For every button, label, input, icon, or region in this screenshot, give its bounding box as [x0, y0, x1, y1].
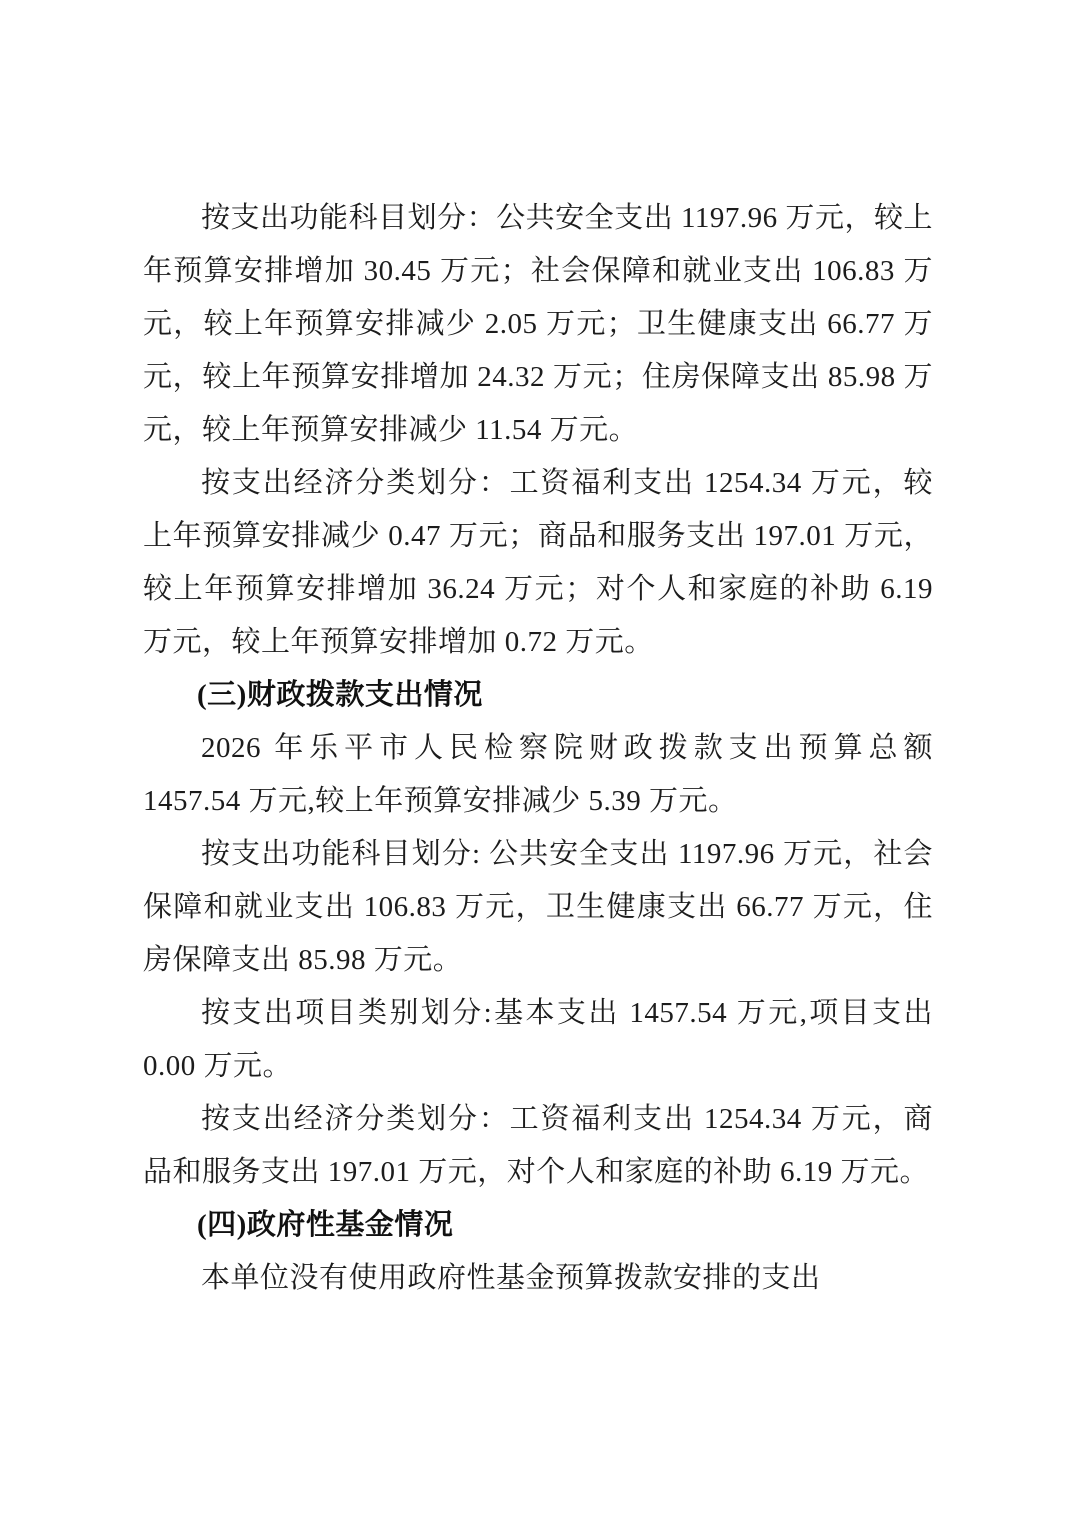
- paragraph-appropriation-by-economic-class: 按支出经济分类划分：工资福利支出 1254.34 万元，商品和服务支出 197.…: [143, 1093, 933, 1199]
- document-body: 按支出功能科目划分：公共安全支出 1197.96 万元，较上年预算安排增加 30…: [143, 192, 933, 1305]
- paragraph-appropriation-by-function: 按支出功能科目划分: 公共安全支出 1197.96 万元，社会保障和就业支出 1…: [143, 828, 933, 987]
- paragraph-no-government-fund-expenditure: 本单位没有使用政府性基金预算拨款安排的支出: [143, 1252, 933, 1305]
- heading-section-4-government-managed-funds: (四)政府性基金情况: [143, 1199, 933, 1252]
- paragraph-fiscal-appropriation-total: 2026 年乐平市人民检察院财政拨款支出预算总额 1457.54 万元,较上年预…: [143, 722, 933, 828]
- paragraph-appropriation-by-project-type: 按支出项目类别划分:基本支出 1457.54 万元,项目支出 0.00 万元。: [143, 987, 933, 1093]
- paragraph-expenditure-by-economic-class-with-yoy: 按支出经济分类划分：工资福利支出 1254.34 万元，较上年预算安排减少 0.…: [143, 457, 933, 669]
- document-page: 按支出功能科目划分：公共安全支出 1197.96 万元，较上年预算安排增加 30…: [0, 0, 1074, 1520]
- paragraph-expenditure-by-function-with-yoy: 按支出功能科目划分：公共安全支出 1197.96 万元，较上年预算安排增加 30…: [143, 192, 933, 457]
- heading-section-3-fiscal-appropriation-expenditure: (三)财政拨款支出情况: [143, 669, 933, 722]
